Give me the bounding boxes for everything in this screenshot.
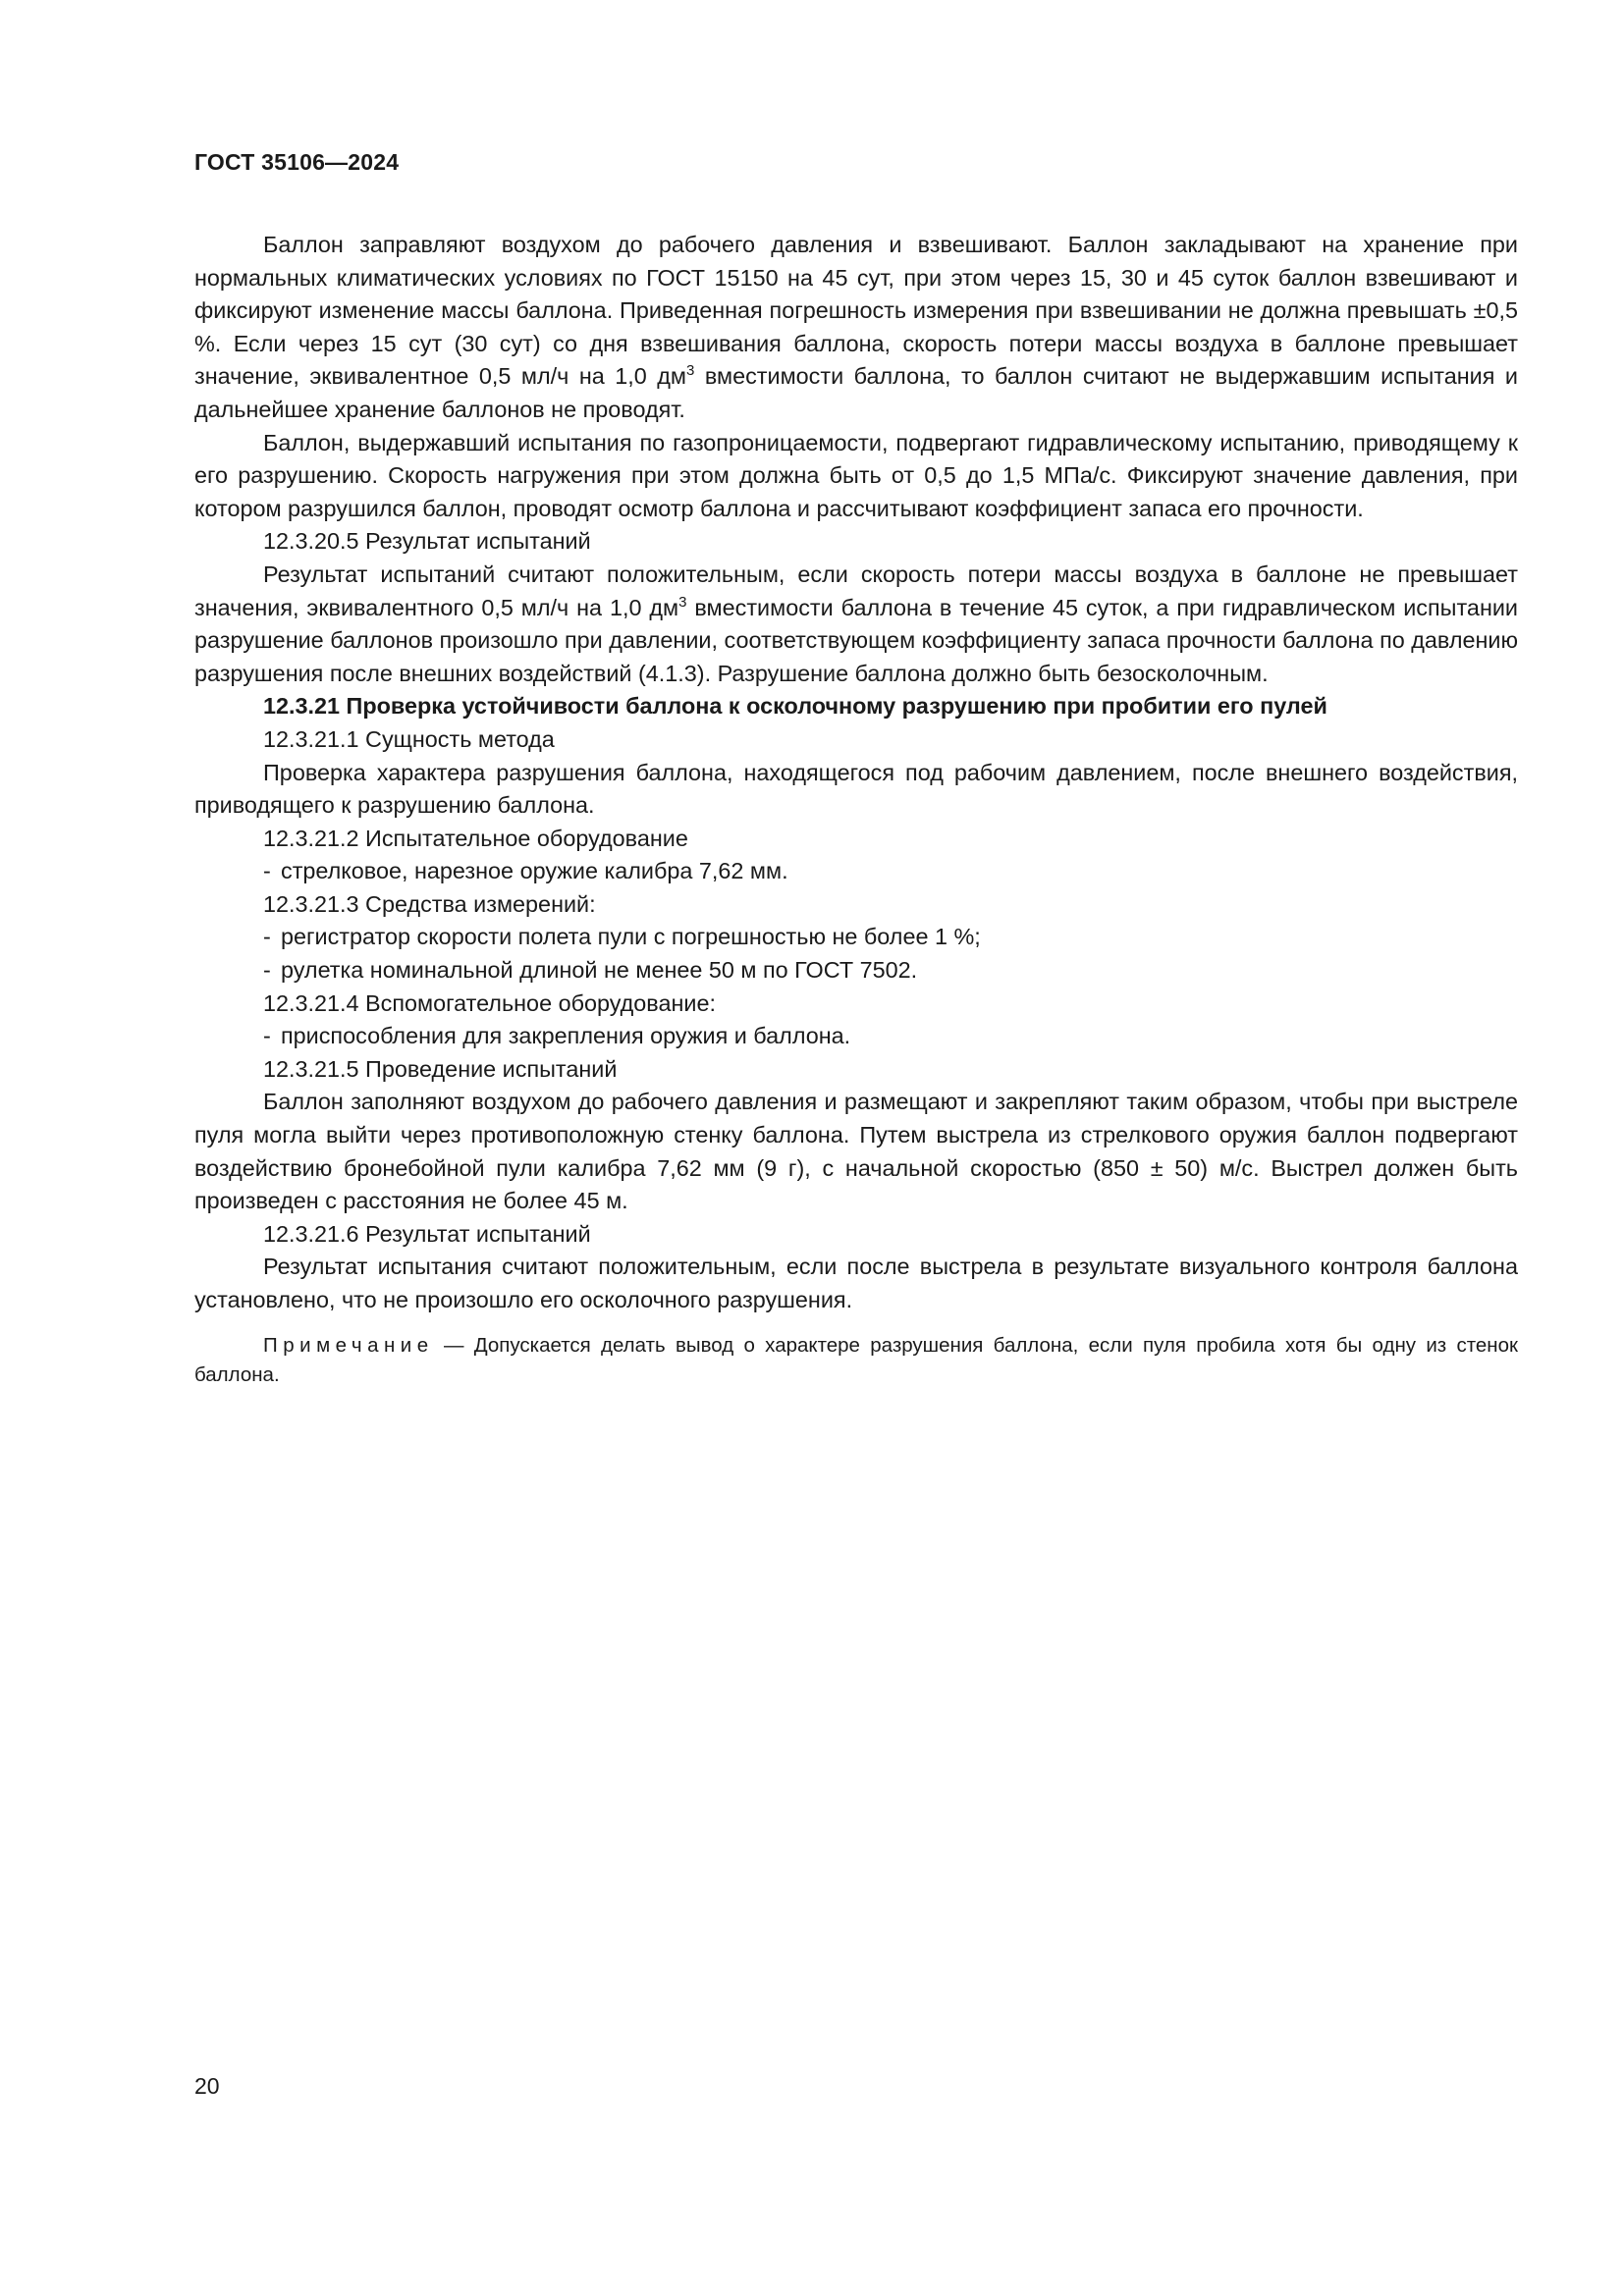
list-dash: - (263, 1020, 281, 1053)
paragraph-result-12-3-21-6: Результат испытания считают положительны… (194, 1251, 1518, 1316)
list-dash: - (263, 855, 281, 888)
section-heading-12-3-21-3: 12.3.21.3 Средства измерений: (194, 888, 1518, 922)
list-dash: - (263, 921, 281, 954)
section-heading-12-3-21-5: 12.3.21.5 Проведение испытаний (194, 1053, 1518, 1087)
section-heading-12-3-21-2: 12.3.21.2 Испытательное оборудование (194, 823, 1518, 856)
list-item: -рулетка номинальной длиной не менее 50 … (194, 954, 1518, 988)
section-heading-12-3-21: 12.3.21 Проверка устойчивости баллона к … (194, 690, 1518, 723)
document-body: Баллон заправляют воздухом до рабочего д… (194, 229, 1518, 1390)
paragraph-result-12-3-20-5: Результат испытаний считают положительны… (194, 559, 1518, 690)
note: Примечание — Допускается делать вывод о … (194, 1331, 1518, 1390)
paragraph-method-essence: Проверка характера разрушения баллона, н… (194, 757, 1518, 823)
list-item: -приспособления для закрепления оружия и… (194, 1020, 1518, 1053)
document-header: ГОСТ 35106—2024 (194, 149, 399, 176)
page-number: 20 (194, 2073, 220, 2100)
section-heading-12-3-21-4: 12.3.21.4 Вспомогательное оборудование: (194, 988, 1518, 1021)
list-item: -регистратор скорости полета пули с погр… (194, 921, 1518, 954)
paragraph-test-procedure: Баллон заполняют воздухом до рабочего да… (194, 1086, 1518, 1217)
list-dash: - (263, 954, 281, 988)
section-heading-12-3-20-5: 12.3.20.5 Результат испытаний (194, 525, 1518, 559)
paragraph-hydraulic-test: Баллон, выдержавший испытания по газопро… (194, 427, 1518, 526)
section-heading-12-3-21-1: 12.3.21.1 Сущность метода (194, 723, 1518, 757)
list-item: -стрелковое, нарезное оружие калибра 7,6… (194, 855, 1518, 888)
note-label: Примечание (263, 1334, 434, 1357)
section-heading-12-3-21-6: 12.3.21.6 Результат испытаний (194, 1218, 1518, 1252)
paragraph-storage-test: Баллон заправляют воздухом до рабочего д… (194, 229, 1518, 427)
